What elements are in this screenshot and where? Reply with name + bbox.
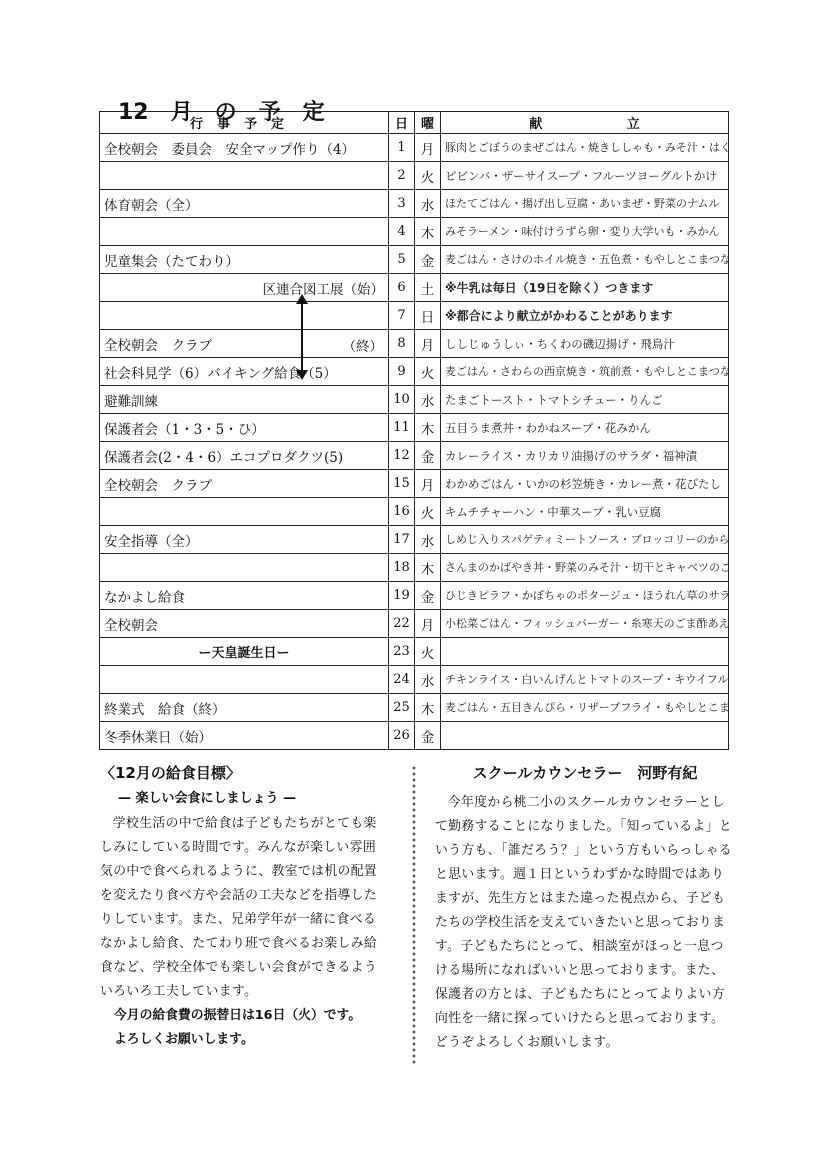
double-arrow-icon	[301, 298, 303, 376]
day-cell: 24	[389, 666, 415, 694]
table-row: 安全指導（全）17水しめじ入りスパゲティミートソース・ブロッコリーのからしじょう…	[100, 526, 729, 554]
table-row: 18木さんまのかばやき丼・野菜のみそ汁・切干とキャベツのごま酢あえ	[100, 554, 729, 582]
event-cell: 区連合図工展（始）	[100, 274, 389, 302]
menu-cell: 麦ごはん・さけのホイル焼き・五色煮・もやしとこまつなのじょうゆあえ	[441, 246, 729, 274]
table-row: 4木みそラーメン・味付けうずら卵・変り大学いも・みかん	[100, 218, 729, 246]
day-cell: 4	[389, 218, 415, 246]
event-text: 安全指導（全）	[104, 534, 199, 550]
table-row: 社会科見学（6）バイキング給食（5）9火麦ごはん・さわらの西京焼き・筑前煮・もや…	[100, 358, 729, 386]
event-cell: 児童集会（たてわり）	[100, 246, 389, 274]
payment-note: 今月の給食費の振替日は16日（火）です。	[114, 1004, 385, 1028]
weekday-cell: 月	[415, 610, 441, 638]
event-text: 区連合図工展（始）	[263, 282, 385, 298]
event-cell: 全校朝会	[100, 610, 389, 638]
header-event: 行事予定	[100, 112, 389, 134]
event-text: 終業式 給食（終）	[104, 702, 226, 718]
day-cell: 25	[389, 694, 415, 722]
table-row: 7日※都合により献立がかわることがあります	[100, 302, 729, 330]
weekday-cell: 金	[415, 722, 441, 750]
event-text: 全校朝会 クラブ	[104, 338, 212, 354]
event-cell	[100, 666, 389, 694]
table-row: 保護者会(2・4・6）エコプロダクツ(5)12金カレーライス・カリカリ油揚げのサ…	[100, 442, 729, 470]
weekday-cell: 月	[415, 134, 441, 162]
day-cell: 9	[389, 358, 415, 386]
counselor-section: スクールカウンセラー 河野有紀 今年度から桃二小のスクールカウンセラーとして勤務…	[435, 762, 735, 1055]
menu-cell: 麦ごはん・さわらの西京焼き・筑前煮・もやしとこまつなのごまじゅうゆあえ・みかん	[441, 358, 729, 386]
event-text: 児童集会（たてわり）	[104, 254, 239, 270]
event-cell	[100, 218, 389, 246]
day-cell: 11	[389, 414, 415, 442]
menu-cell: たまごトースト・トマトシチュー・りんご	[441, 386, 729, 414]
weekday-cell: 水	[415, 526, 441, 554]
event-cell: 全校朝会 委員会 安全マップ作り（4）	[100, 134, 389, 162]
weekday-cell: 木	[415, 694, 441, 722]
day-cell: 26	[389, 722, 415, 750]
day-cell: 8	[389, 330, 415, 358]
weekday-cell: 金	[415, 246, 441, 274]
table-row: なかよし給食19金ひじきピラフ・かぼちゃのポタージュ・ほうれん草のサラダ	[100, 582, 729, 610]
event-cell: 保護者会(2・4・6）エコプロダクツ(5)	[100, 442, 389, 470]
event-cell: 全校朝会 クラブ（終）	[100, 330, 389, 358]
table-row: 冬季休業日（始）26金	[100, 722, 729, 750]
lunch-goal-section: 〈12月の給食目標〉 — 楽しい会食にしましょう — 学校生活の中で給食は子ども…	[100, 762, 385, 1052]
event-text: ー天皇誕生日ー	[198, 646, 289, 661]
table-row: 児童集会（たてわり）5金麦ごはん・さけのホイル焼き・五色煮・もやしとこまつなのじ…	[100, 246, 729, 274]
weekday-cell: 月	[415, 470, 441, 498]
day-cell: 16	[389, 498, 415, 526]
event-cell: 冬季休業日（始）	[100, 722, 389, 750]
menu-cell: みそラーメン・味付けうずら卵・変り大学いも・みかん	[441, 218, 729, 246]
event-cell: 保護者会（1・3・5・ひ）	[100, 414, 389, 442]
menu-cell: しめじ入りスパゲティミートソース・ブロッコリーのからしじょうゆ・いもようかん	[441, 526, 729, 554]
event-text: 全校朝会 クラブ	[104, 478, 212, 494]
event-text: 全校朝会	[104, 618, 158, 634]
event-text: 避難訓練	[104, 394, 158, 410]
menu-cell: ししじゅうしぃ・ちくわの磯辺揚げ・飛鳥汁	[441, 330, 729, 358]
event-cell	[100, 498, 389, 526]
menu-cell: 小松菜ごはん・フィッシュバーガー・糸寒天のごま酢あえ・もずく入りみそ汁	[441, 610, 729, 638]
event-cell: 避難訓練	[100, 386, 389, 414]
day-cell: 5	[389, 246, 415, 274]
event-cell: 全校朝会 クラブ	[100, 470, 389, 498]
weekday-cell: 土	[415, 274, 441, 302]
day-cell: 7	[389, 302, 415, 330]
menu-cell: キムチチャーハン・中華スープ・乳い豆腐	[441, 498, 729, 526]
lunch-goal-subtitle: — 楽しい会食にしましょう —	[118, 787, 385, 806]
weekday-cell: 水	[415, 190, 441, 218]
header-menu: 献 立	[441, 112, 729, 134]
day-cell: 15	[389, 470, 415, 498]
weekday-cell: 金	[415, 582, 441, 610]
closing-note: よろしくお願いします。	[114, 1028, 385, 1052]
table-row: 全校朝会 クラブ15月わかめごはん・いかの杉笠焼き・カレー煮・花びたし	[100, 470, 729, 498]
table-row: 全校朝会22月小松菜ごはん・フィッシュバーガー・糸寒天のごま酢あえ・もずく入りみ…	[100, 610, 729, 638]
day-cell: 19	[389, 582, 415, 610]
lunch-goal-title: 〈12月の給食目標〉	[100, 762, 385, 783]
event-cell: 終業式 給食（終）	[100, 694, 389, 722]
event-text: 体育朝会（全）	[104, 198, 199, 214]
decorative-divider	[410, 765, 418, 1065]
menu-cell: ほたてごはん・揚げ出し豆腐・あいまぜ・野菜のナムル	[441, 190, 729, 218]
counselor-title: スクールカウンセラー 河野有紀	[435, 762, 735, 783]
event-text: 全校朝会 委員会 安全マップ作り（4）	[104, 142, 355, 158]
table-row: 24水チキンライス・白いんげんとトマトのスープ・キウイフルーツ	[100, 666, 729, 694]
event-cell: なかよし給食	[100, 582, 389, 610]
day-cell: 6	[389, 274, 415, 302]
event-cell	[100, 162, 389, 190]
weekday-cell: 月	[415, 330, 441, 358]
event-cell	[100, 554, 389, 582]
day-cell: 3	[389, 190, 415, 218]
table-row: 区連合図工展（始）6土※牛乳は毎日（19日を除く）つきます	[100, 274, 729, 302]
menu-cell: 五目うま煮丼・わかねスープ・花みかん	[441, 414, 729, 442]
menu-cell: さんまのかばやき丼・野菜のみそ汁・切干とキャベツのごま酢あえ	[441, 554, 729, 582]
day-cell: 18	[389, 554, 415, 582]
table-row: 2火ビビンバ・ザーサイスープ・フルーツヨーグルトかけ	[100, 162, 729, 190]
event-cell	[100, 302, 389, 330]
menu-cell: わかめごはん・いかの杉笠焼き・カレー煮・花びたし	[441, 470, 729, 498]
menu-cell	[441, 638, 729, 666]
table-row: 体育朝会（全）3水ほたてごはん・揚げ出し豆腐・あいまぜ・野菜のナムル	[100, 190, 729, 218]
table-header-row: 行事予定 日 曜 献 立	[100, 112, 729, 134]
day-cell: 12	[389, 442, 415, 470]
table-row: 16火キムチチャーハン・中華スープ・乳い豆腐	[100, 498, 729, 526]
event-cell: 安全指導（全）	[100, 526, 389, 554]
weekday-cell: 木	[415, 414, 441, 442]
lunch-goal-body: 学校生活の中で給食は子どもたちがとても楽しみにしている時間です。みんなが楽しい雰…	[100, 812, 385, 1004]
counselor-body: 今年度から桃二小のスクールカウンセラーとして勤務することになりました。「知ってい…	[435, 791, 735, 1055]
event-cell: 体育朝会（全）	[100, 190, 389, 218]
weekday-cell: 木	[415, 554, 441, 582]
weekday-cell: 金	[415, 442, 441, 470]
weekday-cell: 日	[415, 302, 441, 330]
table-row: 全校朝会 委員会 安全マップ作り（4）1月豚肉とごぼうのまぜごはん・焼きししゃも…	[100, 134, 729, 162]
event-text: 冬季休業日（始）	[104, 730, 212, 746]
event-text: なかよし給食	[104, 590, 185, 606]
header-day: 日	[389, 112, 415, 134]
event-end-text: （終）	[343, 335, 384, 355]
weekday-cell: 水	[415, 386, 441, 414]
table-row: ー天皇誕生日ー23火	[100, 638, 729, 666]
schedule-table: 行事予定 日 曜 献 立 全校朝会 委員会 安全マップ作り（4）1月豚肉とごぼう…	[99, 111, 729, 750]
menu-cell: カレーライス・カリカリ油揚げのサラダ・福神漬	[441, 442, 729, 470]
day-cell: 23	[389, 638, 415, 666]
menu-cell: ※都合により献立がかわることがあります	[441, 302, 729, 330]
table-row: 全校朝会 クラブ（終）8月ししじゅうしぃ・ちくわの磯辺揚げ・飛鳥汁	[100, 330, 729, 358]
day-cell: 10	[389, 386, 415, 414]
weekday-cell: 火	[415, 162, 441, 190]
weekday-cell: 火	[415, 638, 441, 666]
event-cell: ー天皇誕生日ー	[100, 638, 389, 666]
header-weekday: 曜	[415, 112, 441, 134]
menu-cell: 麦ごはん・五目きんぴら・リザーブフライ・もやしとこまつなのからしじょうゆ	[441, 694, 729, 722]
event-text: 保護者会（1・3・5・ひ）	[104, 422, 265, 438]
event-text: 保護者会(2・4・6）エコプロダクツ(5)	[104, 450, 343, 466]
menu-cell: チキンライス・白いんげんとトマトのスープ・キウイフルーツ	[441, 666, 729, 694]
weekday-cell: 水	[415, 666, 441, 694]
table-row: 終業式 給食（終）25木麦ごはん・五目きんぴら・リザーブフライ・もやしとこまつな…	[100, 694, 729, 722]
weekday-cell: 火	[415, 498, 441, 526]
weekday-cell: 火	[415, 358, 441, 386]
day-cell: 1	[389, 134, 415, 162]
menu-cell: 豚肉とごぼうのまぜごはん・焼きししゃも・みそ汁・はくさいのおかかじょうゆあえ	[441, 134, 729, 162]
day-cell: 22	[389, 610, 415, 638]
menu-cell: ※牛乳は毎日（19日を除く）つきます	[441, 274, 729, 302]
weekday-cell: 木	[415, 218, 441, 246]
menu-cell	[441, 722, 729, 750]
table-row: 避難訓練10水たまごトースト・トマトシチュー・りんご	[100, 386, 729, 414]
menu-cell: ビビンバ・ザーサイスープ・フルーツヨーグルトかけ	[441, 162, 729, 190]
day-cell: 2	[389, 162, 415, 190]
event-cell: 社会科見学（6）バイキング給食（5）	[100, 358, 389, 386]
day-cell: 17	[389, 526, 415, 554]
menu-cell: ひじきピラフ・かぼちゃのポタージュ・ほうれん草のサラダ	[441, 582, 729, 610]
table-row: 保護者会（1・3・5・ひ）11木五目うま煮丼・わかねスープ・花みかん	[100, 414, 729, 442]
